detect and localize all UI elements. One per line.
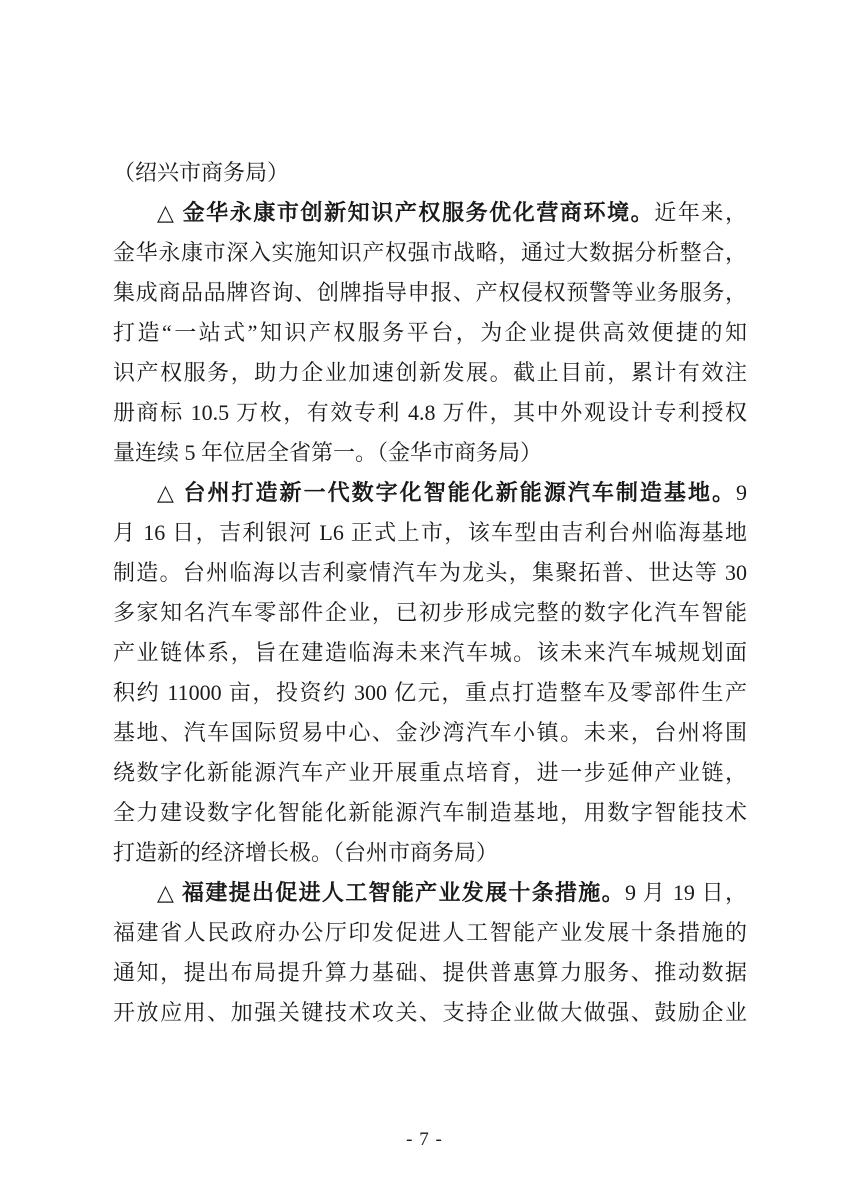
document-page: （绍兴市商务局）△ 金华永康市创新知识产权服务优化营商环境。近年来，金华永康市深… bbox=[0, 0, 849, 1200]
paragraph-attribution-shaoxing: （绍兴市商务局） bbox=[113, 153, 747, 193]
item-headline-segment: △ 金华永康市创新知识产权服务优化营商环境。 bbox=[157, 200, 654, 225]
text-segment: 通知，提出布局提升算力基础、提供普惠算力服务、推动数据 bbox=[113, 960, 747, 985]
item-headline-segment: △ 福建提出促进人工智能产业发展十条措施。 bbox=[157, 880, 625, 905]
text-line: 制造。台州临海以吉利豪情汽车为龙头，集聚拓普、世达等 30 bbox=[113, 553, 747, 593]
text-line: 福建省人民政府办公厅印发促进人工智能产业发展十条措施的 bbox=[113, 913, 747, 953]
text-line: 基地、汽车国际贸易中心、金沙湾汽车小镇。未来，台州将围 bbox=[113, 713, 747, 753]
text-segment: 制造。台州临海以吉利豪情汽车为龙头，集聚拓普、世达等 30 bbox=[113, 560, 747, 585]
text-line: 通知，提出布局提升算力基础、提供普惠算力服务、推动数据 bbox=[113, 953, 747, 993]
text-segment: 集成商品品牌咨询、创牌指导申报、产权侵权预警等业务服务， bbox=[113, 280, 747, 305]
text-line: 量连续 5 年位居全省第一。（金华市商务局） bbox=[113, 433, 747, 473]
text-line: 月 16 日，吉利银河 L6 正式上市，该车型由吉利台州临海基地 bbox=[113, 513, 747, 553]
text-line: 开放应用、加强关键技术攻关、支持企业做大做强、鼓励企业 bbox=[113, 993, 747, 1033]
text-line: 识产权服务，助力企业加速创新发展。截止目前，累计有效注 bbox=[113, 353, 747, 393]
page-number: - 7 - bbox=[0, 1128, 849, 1152]
text-segment: 全力建设数字化智能化新能源汽车制造基地，用数字智能技术 bbox=[113, 800, 747, 825]
text-segment: 积约 11000 亩，投资约 300 亿元，重点打造整车及零部件生产 bbox=[113, 680, 747, 705]
document-body: （绍兴市商务局）△ 金华永康市创新知识产权服务优化营商环境。近年来，金华永康市深… bbox=[113, 153, 747, 1033]
item-headline-segment: △ 台州打造新一代数字化智能化新能源汽车制造基地。 bbox=[157, 480, 736, 505]
text-segment: （绍兴市商务局） bbox=[113, 160, 289, 185]
text-line: 积约 11000 亩，投资约 300 亿元，重点打造整车及零部件生产 bbox=[113, 673, 747, 713]
text-line: △ 台州打造新一代数字化智能化新能源汽车制造基地。9 bbox=[113, 473, 747, 513]
text-segment: 打造新的经济增长极。（台州市商务局） bbox=[113, 840, 498, 865]
text-line: 集成商品品牌咨询、创牌指导申报、产权侵权预警等业务服务， bbox=[113, 273, 747, 313]
text-line: 多家知名汽车零部件企业，已初步形成完整的数字化汽车智能 bbox=[113, 593, 747, 633]
text-line: 绕数字化新能源汽车产业开展重点培育，进一步延伸产业链， bbox=[113, 753, 747, 793]
text-segment: 量连续 5 年位居全省第一。（金华市商务局） bbox=[113, 440, 542, 465]
text-segment: 福建省人民政府办公厅印发促进人工智能产业发展十条措施的 bbox=[113, 920, 747, 945]
text-line: 产业链体系，旨在建造临海未来汽车城。该未来汽车城规划面 bbox=[113, 633, 747, 673]
text-segment: 识产权服务，助力企业加速创新发展。截止目前，累计有效注 bbox=[113, 360, 747, 385]
text-segment: 打造“一站式”知识产权服务平台，为企业提供高效便捷的知 bbox=[113, 320, 747, 345]
text-segment: 册商标 10.5 万枚，有效专利 4.8 万件，其中外观设计专利授权 bbox=[113, 400, 747, 425]
text-line: 打造“一站式”知识产权服务平台，为企业提供高效便捷的知 bbox=[113, 313, 747, 353]
text-segment: 近年来， bbox=[654, 200, 747, 225]
text-line: 册商标 10.5 万枚，有效专利 4.8 万件，其中外观设计专利授权 bbox=[113, 393, 747, 433]
text-line: △ 福建提出促进人工智能产业发展十条措施。9 月 19 日， bbox=[113, 873, 747, 913]
paragraph-item-jinhua-yongkang-ipr: △ 金华永康市创新知识产权服务优化营商环境。近年来，金华永康市深入实施知识产权强… bbox=[113, 193, 747, 473]
text-line: 全力建设数字化智能化新能源汽车制造基地，用数字智能技术 bbox=[113, 793, 747, 833]
text-line: （绍兴市商务局） bbox=[113, 153, 747, 193]
text-segment: 月 16 日，吉利银河 L6 正式上市，该车型由吉利台州临海基地 bbox=[113, 520, 747, 545]
paragraph-item-fujian-ai-measures: △ 福建提出促进人工智能产业发展十条措施。9 月 19 日，福建省人民政府办公厅… bbox=[113, 873, 747, 1033]
text-segment: 基地、汽车国际贸易中心、金沙湾汽车小镇。未来，台州将围 bbox=[113, 720, 747, 745]
text-segment: 金华永康市深入实施知识产权强市战略，通过大数据分析整合， bbox=[113, 240, 747, 265]
text-segment: 多家知名汽车零部件企业，已初步形成完整的数字化汽车智能 bbox=[113, 600, 747, 625]
text-segment: 产业链体系，旨在建造临海未来汽车城。该未来汽车城规划面 bbox=[113, 640, 747, 665]
paragraph-item-taizhou-nev-base: △ 台州打造新一代数字化智能化新能源汽车制造基地。9月 16 日，吉利银河 L6… bbox=[113, 473, 747, 873]
text-line: △ 金华永康市创新知识产权服务优化营商环境。近年来， bbox=[113, 193, 747, 233]
text-line: 打造新的经济增长极。（台州市商务局） bbox=[113, 833, 747, 873]
text-segment: 9 bbox=[736, 480, 747, 505]
text-segment: 绕数字化新能源汽车产业开展重点培育，进一步延伸产业链， bbox=[113, 760, 747, 785]
text-segment: 9 月 19 日， bbox=[625, 880, 747, 905]
text-line: 金华永康市深入实施知识产权强市战略，通过大数据分析整合， bbox=[113, 233, 747, 273]
text-segment: 开放应用、加强关键技术攻关、支持企业做大做强、鼓励企业 bbox=[113, 1000, 747, 1025]
